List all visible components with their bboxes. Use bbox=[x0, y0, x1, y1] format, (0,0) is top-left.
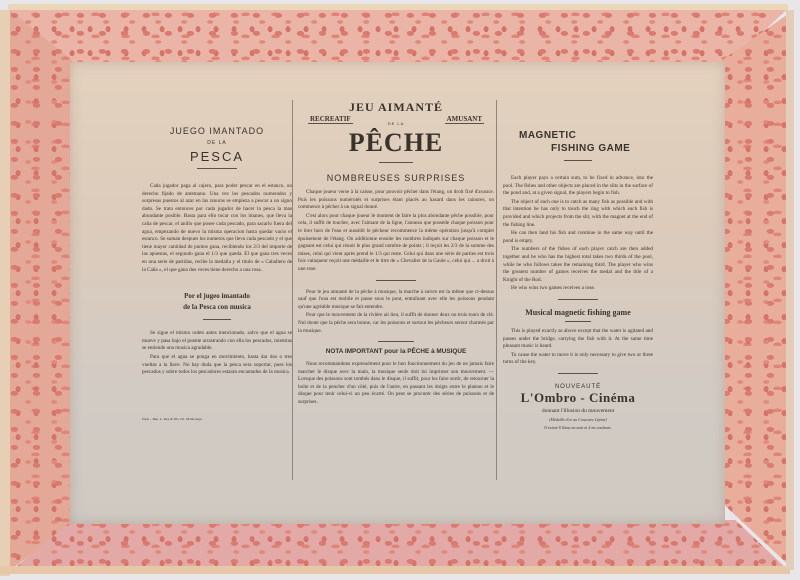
french-subtitle: NOMBREUSES SURPRISES bbox=[298, 173, 494, 183]
english-paragraph: The object of each one is to catch as ma… bbox=[503, 199, 653, 229]
french-title: JEU AIMANTÉ bbox=[298, 100, 494, 115]
divider bbox=[558, 299, 598, 300]
divider bbox=[564, 160, 592, 161]
divider bbox=[197, 168, 237, 169]
divider bbox=[203, 319, 231, 320]
spanish-paragraph: Para que el agua se ponga en movimiento,… bbox=[142, 354, 292, 377]
box-wall-bottom bbox=[10, 520, 790, 572]
ombro-note: Il existe 8 films en noir et 4 en couleu… bbox=[503, 425, 653, 430]
box-rim-left bbox=[0, 10, 10, 576]
divider bbox=[565, 321, 591, 322]
ombro-cinema-title: L'Ombro - Cinéma bbox=[503, 390, 653, 406]
french-main-title: PÊCHE bbox=[298, 128, 494, 158]
box-wall-top bbox=[10, 10, 786, 62]
spanish-title-line1: JUEGO IMANTADO bbox=[142, 126, 292, 136]
english-paragraph: He who wins two games receives a rose. bbox=[503, 285, 653, 293]
box-wall-right bbox=[722, 10, 794, 570]
box-rim-bottom bbox=[0, 566, 790, 574]
instruction-sheet: JUEGO IMANTADO DE LA PESCA Cada jugador … bbox=[70, 62, 725, 524]
spanish-title-line2: DE LA bbox=[142, 140, 292, 146]
french-paragraph: Pour le jeu aimanté de la pêche à musiqu… bbox=[298, 289, 494, 312]
english-music-heading: Musical magnetic fishing game bbox=[503, 308, 653, 317]
divider bbox=[376, 280, 416, 281]
spanish-music-heading-2: de la Pesca con musica bbox=[142, 303, 292, 311]
printer-credit: Paris – Imp. L. Rey & fils, Ch. Montroug… bbox=[142, 417, 292, 421]
french-paragraph: Chaque joueur verse à la caisse, pour po… bbox=[298, 189, 494, 212]
french-nota-heading: NOTA IMPORTANT pour la PÊCHE à MUSIQUE bbox=[298, 348, 494, 355]
spanish-paragraph: Cada jugador paga al cajero, para poder … bbox=[142, 183, 292, 274]
tag-recreatif: RECREATIF bbox=[308, 115, 353, 124]
french-paragraph: Nous recommandons expressément pour le b… bbox=[298, 361, 494, 407]
english-paragraph: This is played exactly as above except t… bbox=[503, 328, 653, 351]
english-column: MAGNETIC FISHING GAME Each player pays a… bbox=[503, 100, 653, 484]
divider bbox=[378, 341, 414, 342]
tag-amusant: AMUSANT bbox=[445, 115, 484, 124]
english-title-line1: MAGNETIC bbox=[503, 130, 653, 141]
english-paragraph: Each player pays a certain sum, to be fi… bbox=[503, 175, 653, 198]
english-paragraph: He can then land his fish and continue i… bbox=[503, 230, 653, 245]
box-wall-left bbox=[10, 10, 72, 570]
english-paragraph: To cause the water to move it is only ne… bbox=[503, 352, 653, 367]
ombro-award: (Médaille d'or au Concours Lépine) bbox=[503, 417, 653, 422]
column-divider bbox=[292, 100, 293, 480]
english-paragraph: The numbers of the fishes of each player… bbox=[503, 246, 653, 284]
french-paragraph: C'est alors pour chaque joueur le moment… bbox=[298, 213, 494, 274]
divider bbox=[558, 373, 598, 374]
spanish-title-pesca: PESCA bbox=[142, 149, 292, 164]
box-rim-right bbox=[786, 10, 794, 570]
french-paragraph: Pour que le mouvement de la rivière ait … bbox=[298, 312, 494, 335]
spanish-column: JUEGO IMANTADO DE LA PESCA Cada jugador … bbox=[142, 100, 292, 484]
french-column: JEU AIMANTÉ RECREATIF AMUSANT DE LA PÊCH… bbox=[298, 100, 494, 484]
column-divider bbox=[496, 100, 497, 480]
divider bbox=[379, 162, 413, 163]
ombro-tagline: donnant l'illusion du mouvement bbox=[503, 408, 653, 414]
spanish-music-heading-1: Por el jugeo imantado bbox=[142, 292, 292, 300]
game-box: JUEGO IMANTADO DE LA PESCA Cada jugador … bbox=[0, 0, 800, 580]
english-title-line2: FISHING GAME bbox=[503, 143, 653, 154]
spanish-paragraph: Se sigue el mismo orden antes mencionado… bbox=[142, 330, 292, 353]
